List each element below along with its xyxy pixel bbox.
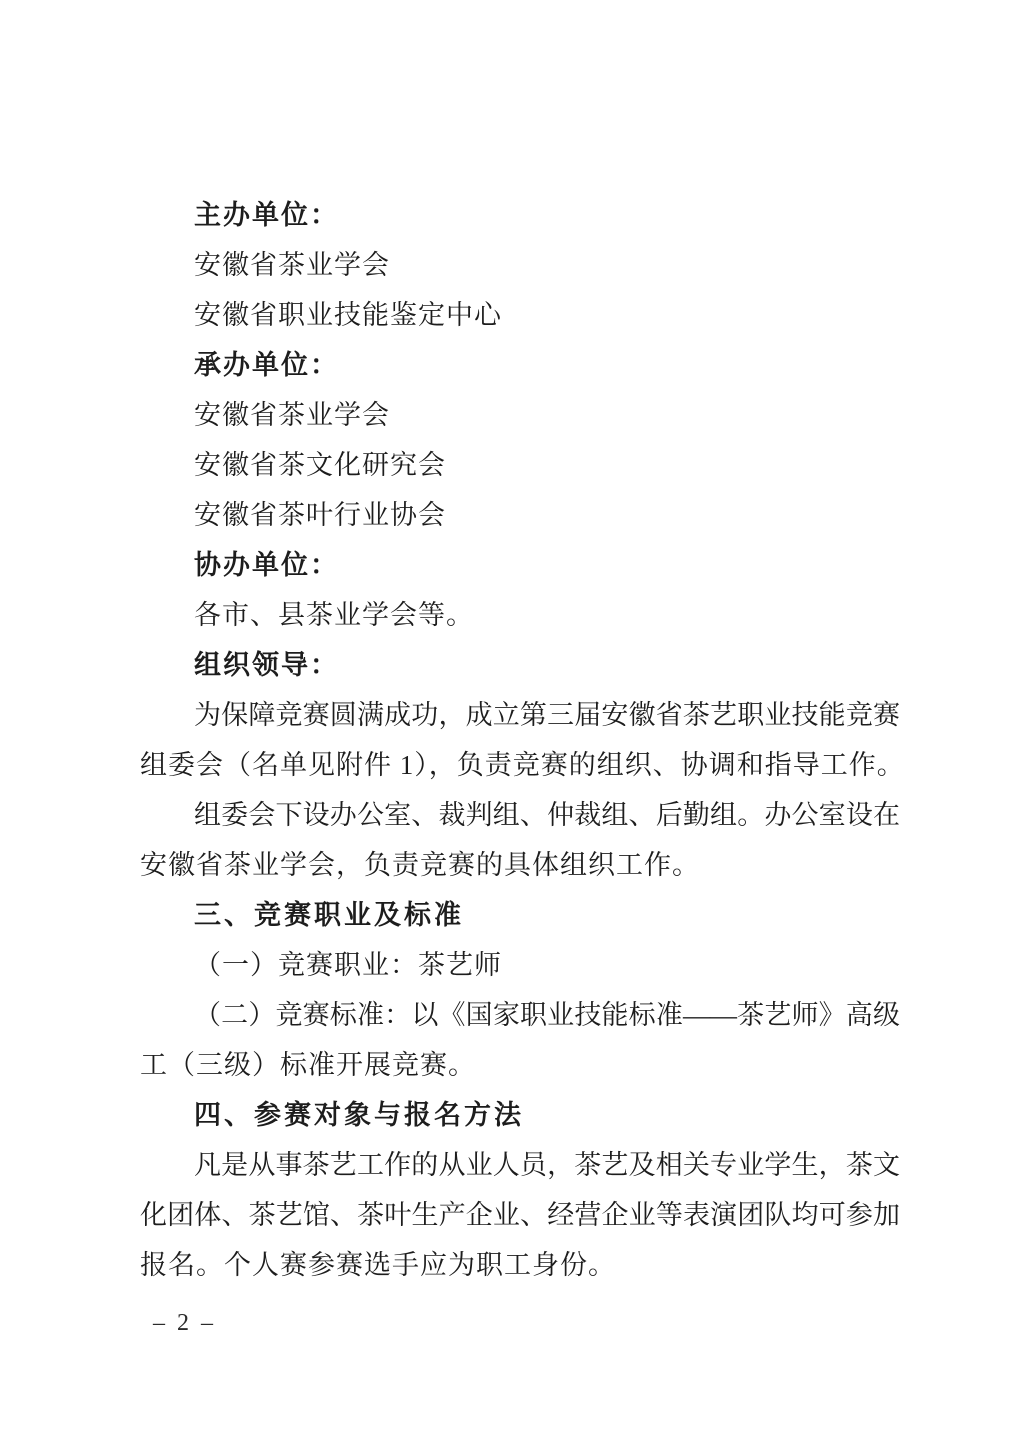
body-text-line: 组委会（名单见附件 1），负责竞赛的组织、协调和指导工作。	[140, 740, 900, 790]
co-organizer-unit-heading: 协办单位：	[140, 540, 900, 590]
section-heading-4: 四、参赛对象与报名方法	[140, 1090, 900, 1140]
document-page: 主办单位：安徽省茶业学会安徽省职业技能鉴定中心承办单位：安徽省茶业学会安徽省茶文…	[0, 0, 1024, 1448]
body-text-line: （二）竞赛标准：以《国家职业技能标准——茶艺师》高级	[140, 990, 900, 1040]
body-text-line: 工（三级）标准开展竞赛。	[140, 1040, 900, 1090]
document-content: 主办单位：安徽省茶业学会安徽省职业技能鉴定中心承办单位：安徽省茶业学会安徽省茶文…	[140, 190, 900, 1290]
organization-name: 安徽省职业技能鉴定中心	[140, 290, 900, 340]
organization-leadership-heading: 组织领导：	[140, 640, 900, 690]
organization-name: 各市、县茶业学会等。	[140, 590, 900, 640]
host-unit-heading: 主办单位：	[140, 190, 900, 240]
body-text-line: （一）竞赛职业：茶艺师	[140, 940, 900, 990]
page-number: – 2 –	[153, 1303, 216, 1343]
organization-name: 安徽省茶叶行业协会	[140, 490, 900, 540]
organization-name: 安徽省茶业学会	[140, 240, 900, 290]
body-text-line: 凡是从事茶艺工作的从业人员，茶艺及相关专业学生，茶文	[140, 1140, 900, 1190]
body-text-line: 安徽省茶业学会，负责竞赛的具体组织工作。	[140, 840, 900, 890]
body-text-line: 报名。个人赛参赛选手应为职工身份。	[140, 1240, 900, 1290]
body-text-line: 为保障竞赛圆满成功，成立第三届安徽省茶艺职业技能竞赛	[140, 690, 900, 740]
organization-name: 安徽省茶业学会	[140, 390, 900, 440]
organizer-unit-heading: 承办单位：	[140, 340, 900, 390]
body-text-line: 组委会下设办公室、裁判组、仲裁组、后勤组。办公室设在	[140, 790, 900, 840]
organization-name: 安徽省茶文化研究会	[140, 440, 900, 490]
section-heading-3: 三、竞赛职业及标准	[140, 890, 900, 940]
body-text-line: 化团体、茶艺馆、茶叶生产企业、经营企业等表演团队均可参加	[140, 1190, 900, 1240]
